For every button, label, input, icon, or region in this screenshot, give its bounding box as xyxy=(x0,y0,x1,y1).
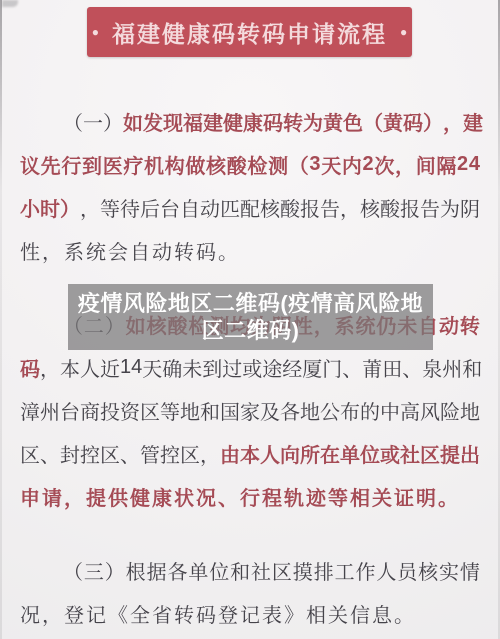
text-line: 区、封控区、管控区，由本人向所在单位或社区提出 xyxy=(20,432,480,475)
text-char: 区 xyxy=(180,439,200,468)
text-char: 情 xyxy=(460,556,480,585)
text-char: 作 xyxy=(355,556,375,585)
text-char: 酸 xyxy=(227,150,247,179)
text-char: 和 xyxy=(230,556,250,585)
text-char: 地 xyxy=(460,396,480,425)
text-char: 的 xyxy=(360,396,380,425)
text-char: 议 xyxy=(20,150,40,179)
text-char: 码 xyxy=(263,107,283,136)
text-char: 投 xyxy=(100,396,120,425)
text-char: 社 xyxy=(400,439,420,468)
text-char: 排 xyxy=(314,556,334,585)
text-char: 各 xyxy=(167,556,187,585)
text-char: 色 xyxy=(343,107,363,136)
paragraph: （一）如发现福建健康码转为黄色（黄码），建议先行到医疗机构做核酸检测（3天内2次… xyxy=(20,100,480,272)
banner-title: 福建健康码转码申请流程 xyxy=(112,16,387,49)
text-char: 或 xyxy=(380,439,400,468)
text-char: 核 xyxy=(360,193,380,222)
text-char: 过 xyxy=(222,353,242,382)
text-char: 等 xyxy=(100,193,120,222)
document-body: （一）如发现福建健康码转为黄色（黄码），建议先行到医疗机构做核酸检测（3天内2次… xyxy=(20,100,480,635)
text-char: 单 xyxy=(340,439,360,468)
text-char: 单 xyxy=(188,556,208,585)
text-char: 配 xyxy=(240,193,260,222)
text-char: 健 xyxy=(223,107,243,136)
text-char: 隔 xyxy=(436,150,456,179)
text-char: 4 xyxy=(131,356,142,379)
text-char: 、 xyxy=(40,439,60,468)
text-char: 先 xyxy=(41,150,61,179)
text-char: 工 xyxy=(335,556,355,585)
text-char: 区 xyxy=(100,439,120,468)
overlay-caption-line: 疫情风险地区二维码(疫情高风险地 xyxy=(78,290,423,317)
text-char: 家 xyxy=(240,396,260,425)
text-char: 为 xyxy=(440,193,460,222)
text-char: 酸 xyxy=(380,193,400,222)
text-char: 田 xyxy=(382,353,402,382)
text-char: ） xyxy=(60,193,80,222)
text-line: 况，登记《全省转码登记表》相关信息。 xyxy=(20,592,480,635)
text-segment: 况，登记《全省转码登记表》相关信息。 xyxy=(20,599,416,628)
text-line: 小时），等待后台自动匹配核酸报告，核酸报告为阴 xyxy=(20,186,480,229)
text-char: 位 xyxy=(360,439,380,468)
text-char: 管 xyxy=(140,439,160,468)
text-char: 泉 xyxy=(422,353,442,382)
text-char: 构 xyxy=(165,150,185,179)
text-char: 后 xyxy=(140,193,160,222)
text-char: 天 xyxy=(142,353,162,382)
text-char: 经 xyxy=(282,353,302,382)
text-char: 告 xyxy=(320,193,340,222)
text-char: 核 xyxy=(418,556,438,585)
text-char: 中 xyxy=(380,396,400,425)
text-char: 风 xyxy=(420,396,440,425)
text-char: 控 xyxy=(80,439,100,468)
text-char: 人 xyxy=(80,353,100,382)
photo-left-edge xyxy=(0,0,2,639)
text-line: （三）根据各单位和社区摸排工作人员核实情 xyxy=(20,549,480,592)
text-char: 阴 xyxy=(460,193,480,222)
text-char: 区 xyxy=(272,556,292,585)
text-char: 和 xyxy=(462,353,482,382)
text-char: 建 xyxy=(203,107,223,136)
text-char: 三 xyxy=(84,556,104,585)
text-char: 发 xyxy=(143,107,163,136)
text-char: ， xyxy=(340,193,360,222)
text-char: 社 xyxy=(251,556,271,585)
text-char: 员 xyxy=(397,556,417,585)
text-char: ， xyxy=(395,150,415,179)
text-char: （ xyxy=(289,150,309,179)
text-char: 门 xyxy=(322,353,342,382)
text-char: 近 xyxy=(100,353,120,382)
text-char: 机 xyxy=(144,150,164,179)
text-char: 由 xyxy=(220,439,240,468)
text-char: 检 xyxy=(247,150,267,179)
text-char: 告 xyxy=(420,193,440,222)
text-char: 根 xyxy=(126,556,146,585)
text-char: 确 xyxy=(162,353,182,382)
text-char: 1 xyxy=(120,356,131,379)
overlay-caption-line: 区二维码) xyxy=(202,317,300,344)
text-char: 人 xyxy=(260,439,280,468)
text-char: 为 xyxy=(303,107,323,136)
text-char: 自 xyxy=(180,193,200,222)
text-char: 未 xyxy=(182,353,202,382)
text-char: 和 xyxy=(200,396,220,425)
text-char: （ xyxy=(63,556,83,585)
text-char: ） xyxy=(103,107,123,136)
watermark-caption-overlay: 疫情风险地区二维码(疫情高风险地区二维码) xyxy=(68,284,433,350)
text-char: 内 xyxy=(342,150,362,179)
text-char: 3 xyxy=(309,153,320,176)
text-char: 厦 xyxy=(302,353,322,382)
text-line: 码，本人近14天确未到过或途经厦门、莆田、泉州和 xyxy=(20,346,480,389)
text-char: 位 xyxy=(209,556,229,585)
text-char: 国 xyxy=(220,396,240,425)
text-char: 摸 xyxy=(293,556,313,585)
text-char: 、 xyxy=(402,353,422,382)
text-char: 一 xyxy=(83,107,103,136)
text-char: ， xyxy=(40,353,60,382)
text-char: 据 xyxy=(147,556,167,585)
text-char: 医 xyxy=(103,150,123,179)
text-char: 酸 xyxy=(280,193,300,222)
text-char: 康 xyxy=(243,107,263,136)
text-char: 转 xyxy=(283,107,303,136)
text-char: ， xyxy=(200,439,220,468)
text-char: 测 xyxy=(268,150,288,179)
text-char: 疗 xyxy=(123,150,143,179)
text-char: 资 xyxy=(120,396,140,425)
text-char: 做 xyxy=(185,150,205,179)
text-char: 如 xyxy=(123,107,143,136)
text-char: 在 xyxy=(320,439,340,468)
text-char: 区 xyxy=(140,396,160,425)
text-char: 匹 xyxy=(220,193,240,222)
text-char: 转 xyxy=(460,310,480,339)
text-char: 报 xyxy=(300,193,320,222)
text-char: 各 xyxy=(280,396,300,425)
text-char: 州 xyxy=(40,396,60,425)
paragraph: （三）根据各单位和社区摸排工作人员核实情况，登记《全省转码登记表》相关信息。 xyxy=(20,549,480,635)
text-char: 高 xyxy=(400,396,420,425)
text-char: 2 xyxy=(363,153,374,176)
text-char: 动 xyxy=(439,310,459,339)
text-char: 控 xyxy=(160,439,180,468)
text-char: 等 xyxy=(160,396,180,425)
text-line: （一）如发现福建健康码转为黄色（黄码），建 xyxy=(20,100,480,143)
text-char: 或 xyxy=(242,353,262,382)
text-char: 漳 xyxy=(20,396,40,425)
text-line: 性，系统会自动转码。 xyxy=(20,229,480,272)
text-char: 险 xyxy=(440,396,460,425)
text-char: 码 xyxy=(403,107,423,136)
text-char: 4 xyxy=(469,153,480,176)
text-char: 台 xyxy=(160,193,180,222)
text-char: ， xyxy=(443,107,463,136)
text-char: 码 xyxy=(20,353,40,382)
text-char: 提 xyxy=(440,439,460,468)
text-line: 申请，提供健康状况、行程轨迹等相关证明。 xyxy=(20,475,480,518)
text-char: 2 xyxy=(457,153,468,176)
text-char: 次 xyxy=(374,150,394,179)
text-char: 黄 xyxy=(323,107,343,136)
text-char: 商 xyxy=(80,396,100,425)
text-segment: 申请，提供健康状况、行程轨迹等相关证明。 xyxy=(20,482,460,511)
text-char: 到 xyxy=(82,150,102,179)
text-char: 途 xyxy=(262,353,282,382)
text-char: 台 xyxy=(60,396,80,425)
text-char: 动 xyxy=(200,193,220,222)
text-char: 所 xyxy=(300,439,320,468)
text-char: （ xyxy=(363,107,383,136)
text-char: 时 xyxy=(40,193,60,222)
text-char: 待 xyxy=(120,193,140,222)
text-char: 州 xyxy=(442,353,462,382)
text-char: 报 xyxy=(400,193,420,222)
text-char: 公 xyxy=(320,396,340,425)
text-segment: 性，系统会自动转码。 xyxy=(20,236,240,265)
text-char: 向 xyxy=(280,439,300,468)
text-char: 核 xyxy=(206,150,226,179)
text-char: （ xyxy=(63,107,83,136)
text-char: 小 xyxy=(20,193,40,222)
text-char: 本 xyxy=(240,439,260,468)
text-char: 地 xyxy=(180,396,200,425)
text-char: 间 xyxy=(416,150,436,179)
text-char: 现 xyxy=(163,107,183,136)
bullet-dot-icon: ● xyxy=(92,26,99,38)
text-char: 及 xyxy=(260,396,280,425)
title-banner: ● 福建健康码转码申请流程 ● xyxy=(87,7,412,57)
text-char: 行 xyxy=(61,150,81,179)
text-char: 、 xyxy=(342,353,362,382)
text-char: 天 xyxy=(321,150,341,179)
text-char: 布 xyxy=(340,396,360,425)
text-char: 实 xyxy=(439,556,459,585)
text-char: 封 xyxy=(60,439,80,468)
bullet-dot-icon: ● xyxy=(400,26,407,38)
text-char: 黄 xyxy=(383,107,403,136)
text-char: 核 xyxy=(260,193,280,222)
text-char: 建 xyxy=(463,107,483,136)
text-line: 漳州台商投资区等地和国家及各地公布的中高风险地 xyxy=(20,389,480,432)
text-char: 莆 xyxy=(362,353,382,382)
text-char: 人 xyxy=(376,556,396,585)
text-char: 出 xyxy=(460,439,480,468)
text-char: 地 xyxy=(300,396,320,425)
text-char: 区 xyxy=(20,439,40,468)
text-char: 福 xyxy=(183,107,203,136)
text-char: ） xyxy=(105,556,125,585)
photo-corner-artifact xyxy=(2,0,18,7)
text-char: 区 xyxy=(420,439,440,468)
text-char: 本 xyxy=(60,353,80,382)
text-char: 、 xyxy=(120,439,140,468)
text-line: 议先行到医疗机构做核酸检测（3天内2次，间隔24 xyxy=(20,143,480,186)
text-char: ， xyxy=(80,193,100,222)
text-char: 到 xyxy=(202,353,222,382)
text-char: ） xyxy=(423,107,443,136)
